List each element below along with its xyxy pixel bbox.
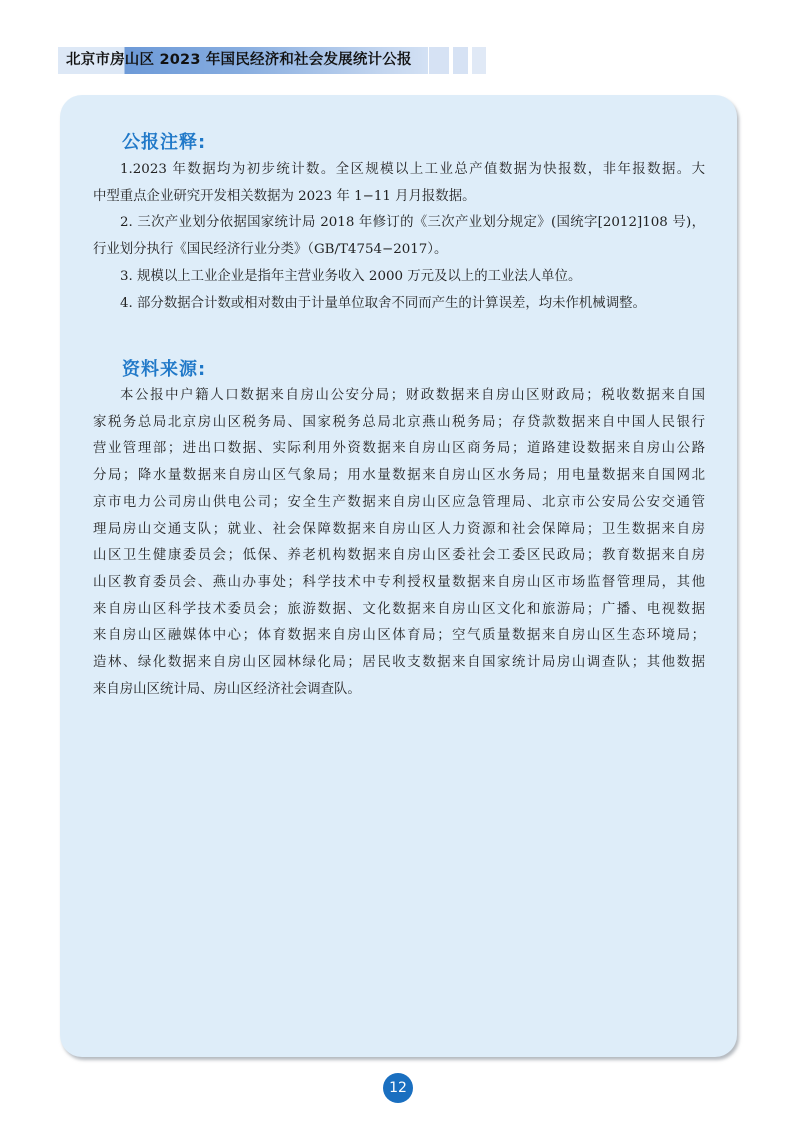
header-decor-square	[472, 47, 486, 74]
sources-body: 本公报中户籍人口数据来自房山公安分局；财政数据来自房山区财政局；税收数据来自国 …	[93, 383, 705, 703]
sources-title: 资料来源:	[122, 355, 206, 381]
sources-line: 京市电力公司房山供电公司；安全生产数据来自房山区应急管理局、北京市公安局公安交通…	[93, 490, 705, 517]
sources-line: 来自房山区科学技术委员会；旅游数据、文化数据来自房山区文化和旅游局；广播、电视数…	[93, 597, 705, 624]
sources-line: 造林、绿化数据来自房山区园林绿化局；居民收支数据来自国家统计局房山调查队；其他数…	[93, 650, 705, 677]
page-number-badge: 12	[383, 1073, 413, 1103]
notes-line: 3. 规模以上工业企业是指年主营业务收入 2000 万元及以上的工业法人单位。	[93, 264, 705, 291]
notes-line: 行业划分执行《国民经济行业分类》（GB/T4754−2017）。	[93, 237, 705, 264]
header-title: 北京市房山区 2023 年国民经济和社会发展统计公报	[66, 47, 412, 74]
notes-line: 中型重点企业研究开发相关数据为 2023 年 1−11 月月报数据。	[93, 184, 705, 211]
sources-line: 营业管理部；进出口数据、实际利用外资数据来自房山区商务局；道路建设数据来自房山公…	[93, 436, 705, 463]
sources-line: 山区教育委员会、燕山办事处；科学技术中专利授权量数据来自房山区市场监督管理局，其…	[93, 570, 705, 597]
header-decor-square	[429, 47, 449, 74]
sources-line: 来自房山区融媒体中心；体育数据来自房山区体育局；空气质量数据来自房山区生态环境局…	[93, 623, 705, 650]
sources-line: 分局；降水量数据来自房山区气象局；用水量数据来自房山区水务局；用电量数据来自国网…	[93, 463, 705, 490]
notes-line: 4. 部分数据合计数或相对数由于计量单位取舍不同而产生的计算误差，均未作机械调整…	[93, 291, 705, 318]
sources-line: 家税务总局北京房山区税务局、国家税务总局北京燕山税务局；存贷款数据来自中国人民银…	[93, 410, 705, 437]
sources-line: 理局房山交通支队；就业、社会保障数据来自房山区人力资源和社会保障局；卫生数据来自…	[93, 517, 705, 544]
sources-line: 山区卫生健康委员会；低保、养老机构数据来自房山区委社会工委区民政局；教育数据来自…	[93, 543, 705, 570]
header-decor-square	[453, 47, 468, 74]
running-header: 北京市房山区 2023 年国民经济和社会发展统计公报	[58, 47, 428, 74]
sources-line: 来自房山区统计局、房山区经济社会调查队。	[93, 677, 705, 704]
sources-line: 本公报中户籍人口数据来自房山公安分局；财政数据来自房山区财政局；税收数据来自国	[93, 383, 705, 410]
notes-line: 2. 三次产业划分依据国家统计局 2018 年修订的《三次产业划分规定》(国统字…	[93, 210, 705, 237]
notes-title: 公报注释:	[122, 128, 206, 154]
notes-line: 1.2023 年数据均为初步统计数。全区规模以上工业总产值数据为快报数，非年报数…	[93, 157, 705, 184]
notes-body: 1.2023 年数据均为初步统计数。全区规模以上工业总产值数据为快报数，非年报数…	[93, 157, 705, 317]
